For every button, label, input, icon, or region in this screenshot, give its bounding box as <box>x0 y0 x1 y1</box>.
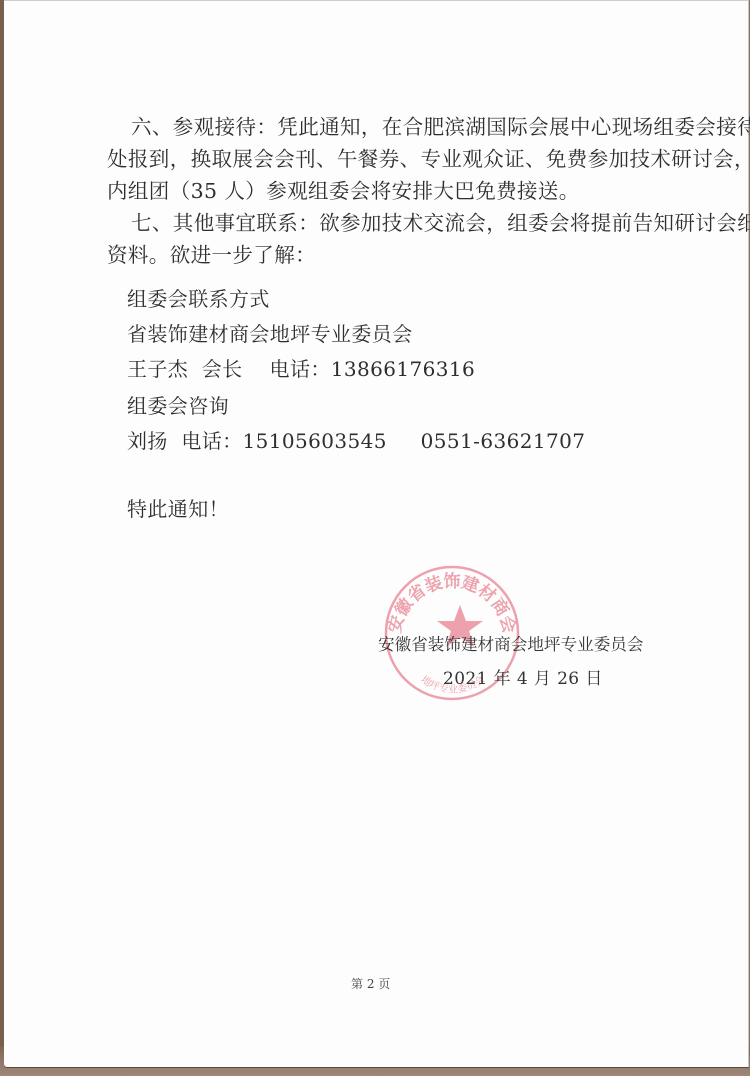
contact-person-2: 刘扬 电话：15105603545 0551-63621707 <box>127 429 585 453</box>
contact-heading: 组委会联系方式 <box>127 287 270 311</box>
stamp-top-text: 安徽省装饰建材商会 <box>384 571 520 635</box>
document-page: 六、参观接待：凭此通知，在合肥滨湖国际会展中心现场组委会接待 处报到，换取展会会… <box>4 0 749 1067</box>
closing-text: 特此通知！ <box>127 497 229 521</box>
signature-organization: 安徽省装饰建材商会地坪专业委员会 <box>378 633 644 657</box>
svg-text:安徽省装饰建材商会: 安徽省装饰建材商会 <box>384 571 520 635</box>
section-7-line-2: 资料。欲进一步了解： <box>107 243 316 267</box>
signature-date: 2021 年 4 月 26 日 <box>443 667 603 691</box>
page-number: 第 2 页 <box>351 975 390 992</box>
consult-heading: 组委会咨询 <box>127 394 229 418</box>
section-7-line-1: 七、其他事宜联系：欲参加技术交流会，组委会将提前告知研讨会细则 <box>131 211 750 235</box>
contact-organization: 省装饰建材商会地坪专业委员会 <box>127 322 413 346</box>
section-6-line-2: 处报到，换取展会会刊、午餐券、专业观众证、免费参加技术研讨会，省 <box>107 147 750 171</box>
section-6-line-3: 内组团（35 人）参观组委会将安排大巴免费接送。 <box>107 179 580 203</box>
contact-person-1: 王子杰 会长 电话：13866176316 <box>127 357 475 381</box>
section-6-line-1: 六、参观接待：凭此通知，在合肥滨湖国际会展中心现场组委会接待 <box>131 115 750 139</box>
